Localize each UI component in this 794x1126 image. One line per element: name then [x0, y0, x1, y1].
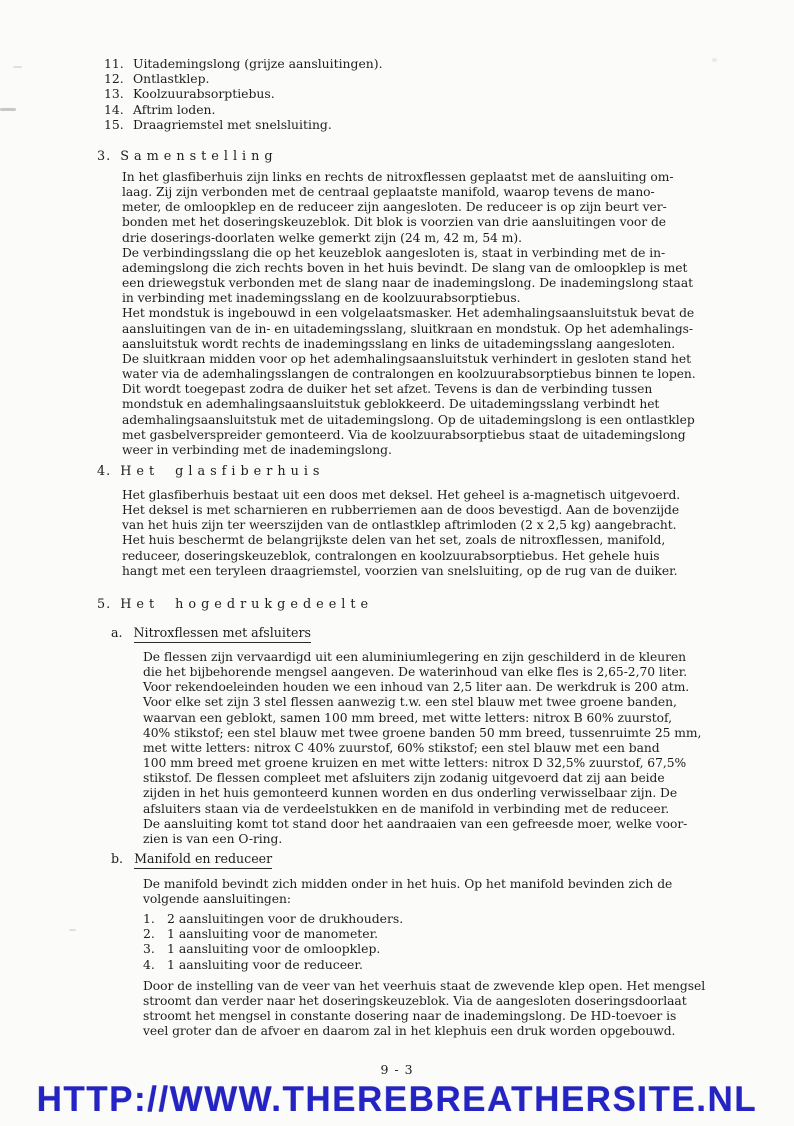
- list-item-number: 12.: [104, 71, 133, 86]
- list-item-text: 1 aansluiting voor de omloopklep.: [167, 941, 643, 956]
- list-item-text: Aftrim loden.: [133, 102, 744, 117]
- list-item: 3. 1 aansluiting voor de omloopklep.: [143, 941, 643, 956]
- subsection-letter: b.: [111, 851, 123, 866]
- list-item-text: Koolzuurabsorptiebus.: [133, 86, 744, 101]
- section-3-body: In het glasfiberhuis zijn links en recht…: [122, 170, 758, 458]
- list-item-text: Ontlastklep.: [133, 71, 744, 86]
- subsection-heading-manifold: b.Manifold en reduceer: [111, 851, 272, 869]
- website-url-stamp: HTTP://WWW.THEREBREATHERSITE.NL: [0, 1083, 794, 1117]
- list-item-number: 2.: [143, 926, 167, 941]
- list-item-number: 1.: [143, 911, 167, 926]
- subsection-a-body: De flessen zijn vervaardigd uit een alum…: [143, 650, 759, 847]
- list-item: 12. Ontlastklep.: [104, 71, 744, 86]
- section-title: Het hogedrukgedeelte: [120, 597, 373, 612]
- list-item-text: Draagriemstel met snelsluiting.: [133, 117, 744, 132]
- equipment-list: 11. Uitademingslong (grijze aansluitinge…: [104, 56, 744, 132]
- section-number: 3.: [97, 149, 111, 164]
- scan-artifact: [13, 66, 22, 68]
- list-item-number: 4.: [143, 957, 167, 972]
- section-4-body: Het glasfiberhuis bestaat uit een doos m…: [122, 488, 758, 579]
- list-item-text: Uitademingslong (grijze aansluitingen).: [133, 56, 744, 71]
- page-number: 9 - 3: [0, 1062, 794, 1077]
- list-item: 1. 2 aansluitingen voor de drukhouders.: [143, 911, 643, 926]
- section-number: 5.: [97, 597, 111, 612]
- list-item: 11. Uitademingslong (grijze aansluitinge…: [104, 56, 744, 71]
- section-heading-glasfiberhuis: 4.Het glasfiberhuis: [97, 464, 325, 479]
- list-item-number: 15.: [104, 117, 133, 132]
- list-item: 2. 1 aansluiting voor de manometer.: [143, 926, 643, 941]
- subsection-heading-nitroxflessen: a.Nitroxflessen met afsluiters: [111, 625, 311, 643]
- manifold-connections-list: 1. 2 aansluitingen voor de drukhouders. …: [143, 911, 643, 972]
- section-title: Het glasfiberhuis: [120, 464, 324, 479]
- subsection-letter: a.: [111, 625, 123, 640]
- section-number: 4.: [97, 464, 111, 479]
- list-item: 13. Koolzuurabsorptiebus.: [104, 86, 744, 101]
- list-item-number: 13.: [104, 86, 133, 101]
- section-title: Samenstelling: [120, 149, 277, 164]
- list-item-text: 1 aansluiting voor de manometer.: [167, 926, 643, 941]
- scan-artifact: [69, 929, 76, 931]
- list-item-number: 11.: [104, 56, 133, 71]
- list-item-text: 1 aansluiting voor de reduceer.: [167, 957, 643, 972]
- list-item-number: 14.: [104, 102, 133, 117]
- section-heading-samenstelling: 3.Samenstelling: [97, 149, 278, 164]
- subsection-b-outro: Door de instelling van de veer van het v…: [143, 979, 759, 1040]
- list-item: 4. 1 aansluiting voor de reduceer.: [143, 957, 643, 972]
- subsection-title: Nitroxflessen met afsluiters: [134, 625, 311, 643]
- list-item: 15. Draagriemstel met snelsluiting.: [104, 117, 744, 132]
- list-item: 14. Aftrim loden.: [104, 102, 744, 117]
- section-heading-hogedrukgedeelte: 5.Het hogedrukgedeelte: [97, 597, 373, 612]
- scanned-document-page: 11. Uitademingslong (grijze aansluitinge…: [0, 0, 794, 1126]
- scan-artifact: [0, 108, 16, 111]
- list-item-number: 3.: [143, 941, 167, 956]
- list-item-text: 2 aansluitingen voor de drukhouders.: [167, 911, 643, 926]
- subsection-b-intro: De manifold bevindt zich midden onder in…: [143, 877, 759, 907]
- subsection-title: Manifold en reduceer: [134, 851, 272, 869]
